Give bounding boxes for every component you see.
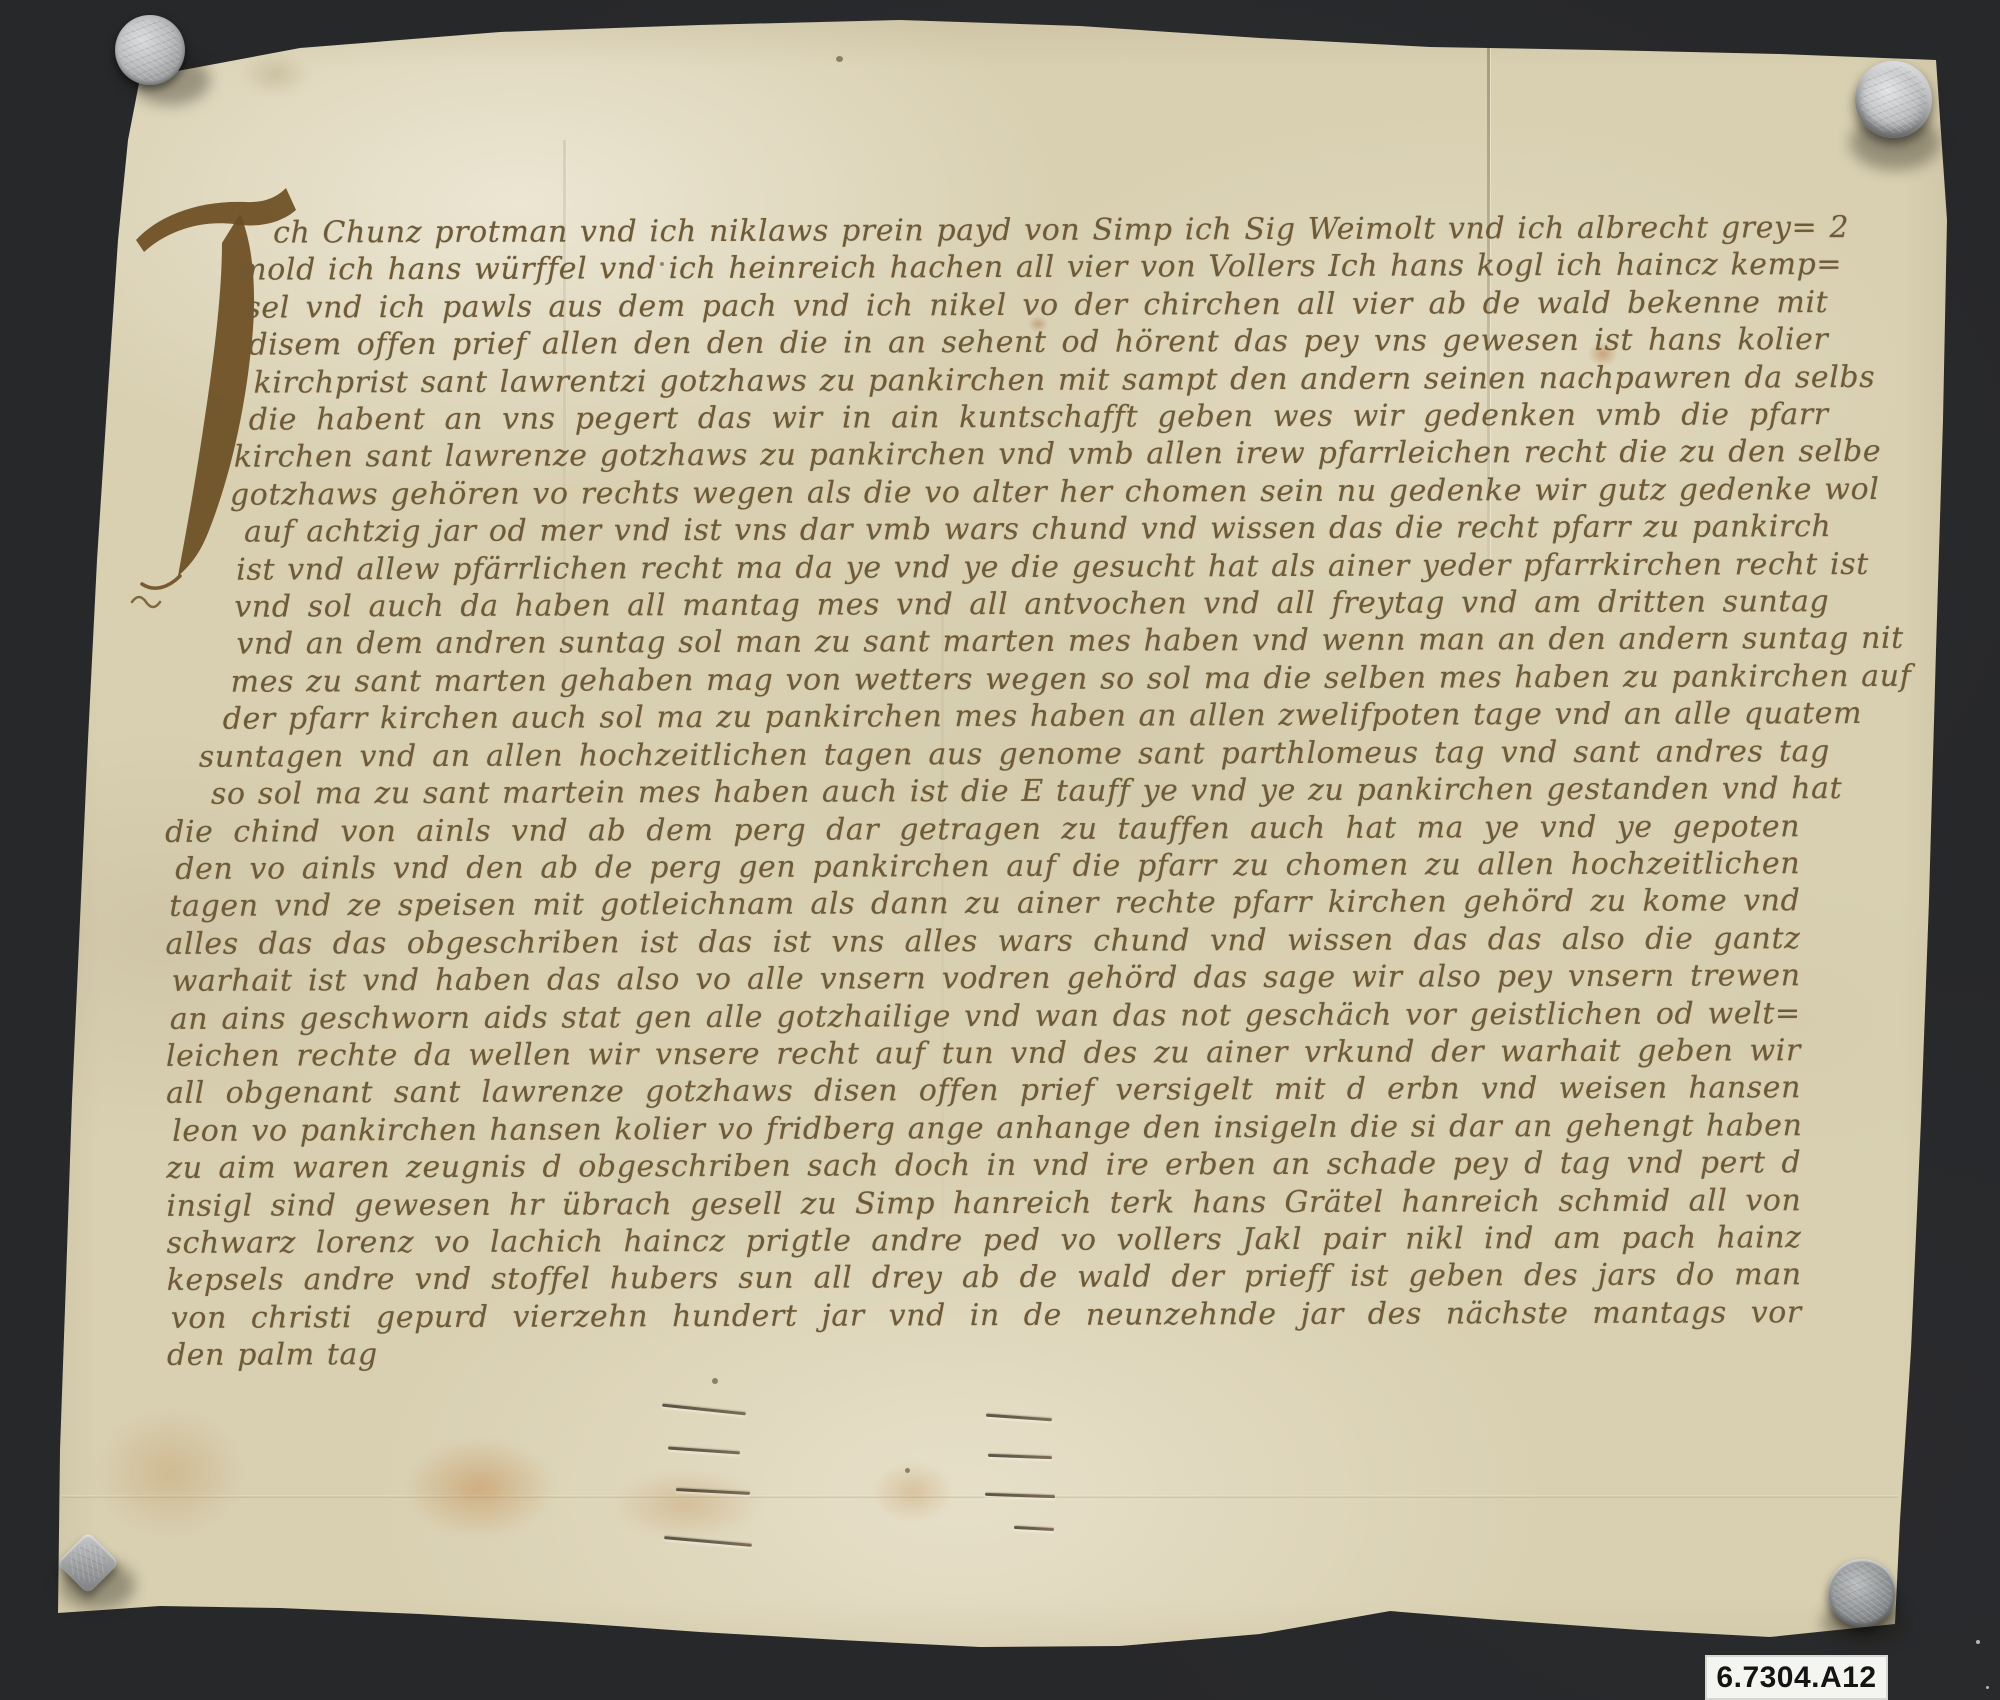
dust-speck bbox=[1120, 62, 1123, 65]
pin-top-right bbox=[1855, 61, 1932, 138]
text-line: an ains geschworn aids stat gen alle got… bbox=[170, 995, 1801, 1038]
stain bbox=[405, 1438, 555, 1538]
pin-scratches bbox=[1832, 1563, 1892, 1623]
ink-speck bbox=[836, 56, 843, 62]
text-line: auf achtzig jar od mer vnd ist vns dar v… bbox=[244, 508, 1829, 551]
text-line: kirchen sant lawrenze gotzhaws zu pankir… bbox=[234, 434, 1829, 477]
pin-scratches bbox=[1860, 66, 1928, 134]
fold-crease-horizontal bbox=[62, 1495, 1898, 1498]
ink-speck bbox=[712, 1378, 718, 1384]
dust-speck bbox=[1976, 1640, 1980, 1644]
text-line: all obgenant sant lawrenze gotzhaws dise… bbox=[166, 1070, 1801, 1113]
text-line: alles das das obgeschriben ist das ist v… bbox=[165, 920, 1800, 963]
archive-label-text: 6.7304.A12 bbox=[1716, 1661, 1876, 1695]
text-line: mold ich hans würffel vnd ich heinreich … bbox=[238, 247, 1828, 290]
ink-speck bbox=[905, 1468, 910, 1473]
text-line: kirchprist sant lawrentzi gotzhaws zu pa… bbox=[254, 359, 1829, 402]
parchment: ch Chunz protman vnd ich niklaws prein p… bbox=[0, 0, 2000, 1700]
archive-label: 6.7304.A12 bbox=[1705, 1655, 1888, 1700]
pin-top-left bbox=[115, 15, 185, 85]
stain bbox=[612, 1470, 762, 1540]
pin-scratches bbox=[119, 19, 181, 81]
text-line: ist vnd allew pfärrlichen recht ma da ye… bbox=[236, 546, 1829, 589]
text-line: ch Chunz protman vnd ich niklaws prein p… bbox=[273, 209, 1828, 252]
text-line: insigl sind gewesen hr übrach gesell zu … bbox=[166, 1182, 1801, 1225]
text-line: den vo ainls vnd den ab de perg gen pank… bbox=[175, 845, 1800, 888]
text-line: die habent an vns pegert das wir in ain … bbox=[249, 396, 1829, 439]
text-line: so sol ma zu sant martein mes haben auch… bbox=[211, 770, 1830, 813]
text-line: tagen vnd ze speisen mit gotleichnam als… bbox=[169, 883, 1800, 926]
text-line: suntagen vnd an allen hochzeitlichen tag… bbox=[199, 733, 1830, 776]
stain bbox=[95, 1408, 245, 1538]
text-line: leichen rechte da wellen wir vnsere rech… bbox=[166, 1032, 1801, 1075]
text-line: zu aim waren zeugnis d obgeschriben sach… bbox=[166, 1144, 1801, 1187]
text-line: warhait ist vnd haben das also vo alle v… bbox=[172, 957, 1801, 1000]
pin-bottom-right bbox=[1828, 1559, 1896, 1627]
text-line: vnd an dem andren suntag sol man zu sant… bbox=[236, 621, 1829, 664]
photo-background: ch Chunz protman vnd ich niklaws prein p… bbox=[0, 0, 2000, 1700]
text-line: sel vnd ich pawls aus dem pach vnd ich n… bbox=[245, 284, 1828, 327]
text-line: vnd sol auch da haben all mantag mes vnd… bbox=[234, 583, 1829, 626]
text-line: der pfarr kirchen auch sol ma zu pankirc… bbox=[223, 695, 1830, 738]
stain bbox=[872, 1462, 954, 1522]
stain bbox=[240, 52, 310, 96]
text-line: die chind von ainls vnd ab dem perg dar … bbox=[165, 808, 1800, 851]
text-line: gotzhaws gehören vo rechts wegen als die… bbox=[230, 471, 1829, 514]
charter-text: ch Chunz protman vnd ich niklaws prein p… bbox=[163, 209, 1832, 1374]
text-line: disem offen prief allen den den die in a… bbox=[248, 321, 1828, 364]
text-line: kepsels andre vnd stoffel hubers sun all… bbox=[167, 1257, 1802, 1300]
text-line: von christi gepurd vierzehn hundert jar … bbox=[171, 1294, 1802, 1337]
dust-speck bbox=[1986, 1686, 1989, 1689]
text-line: leon vo pankirchen hansen kolier vo frid… bbox=[172, 1107, 1801, 1150]
text-line: schwarz lorenz vo lachich haincz prigtle… bbox=[167, 1219, 1802, 1262]
text-line: den palm tag bbox=[167, 1331, 1832, 1374]
text-line: mes zu sant marten gehaben mag von wette… bbox=[231, 658, 1830, 701]
